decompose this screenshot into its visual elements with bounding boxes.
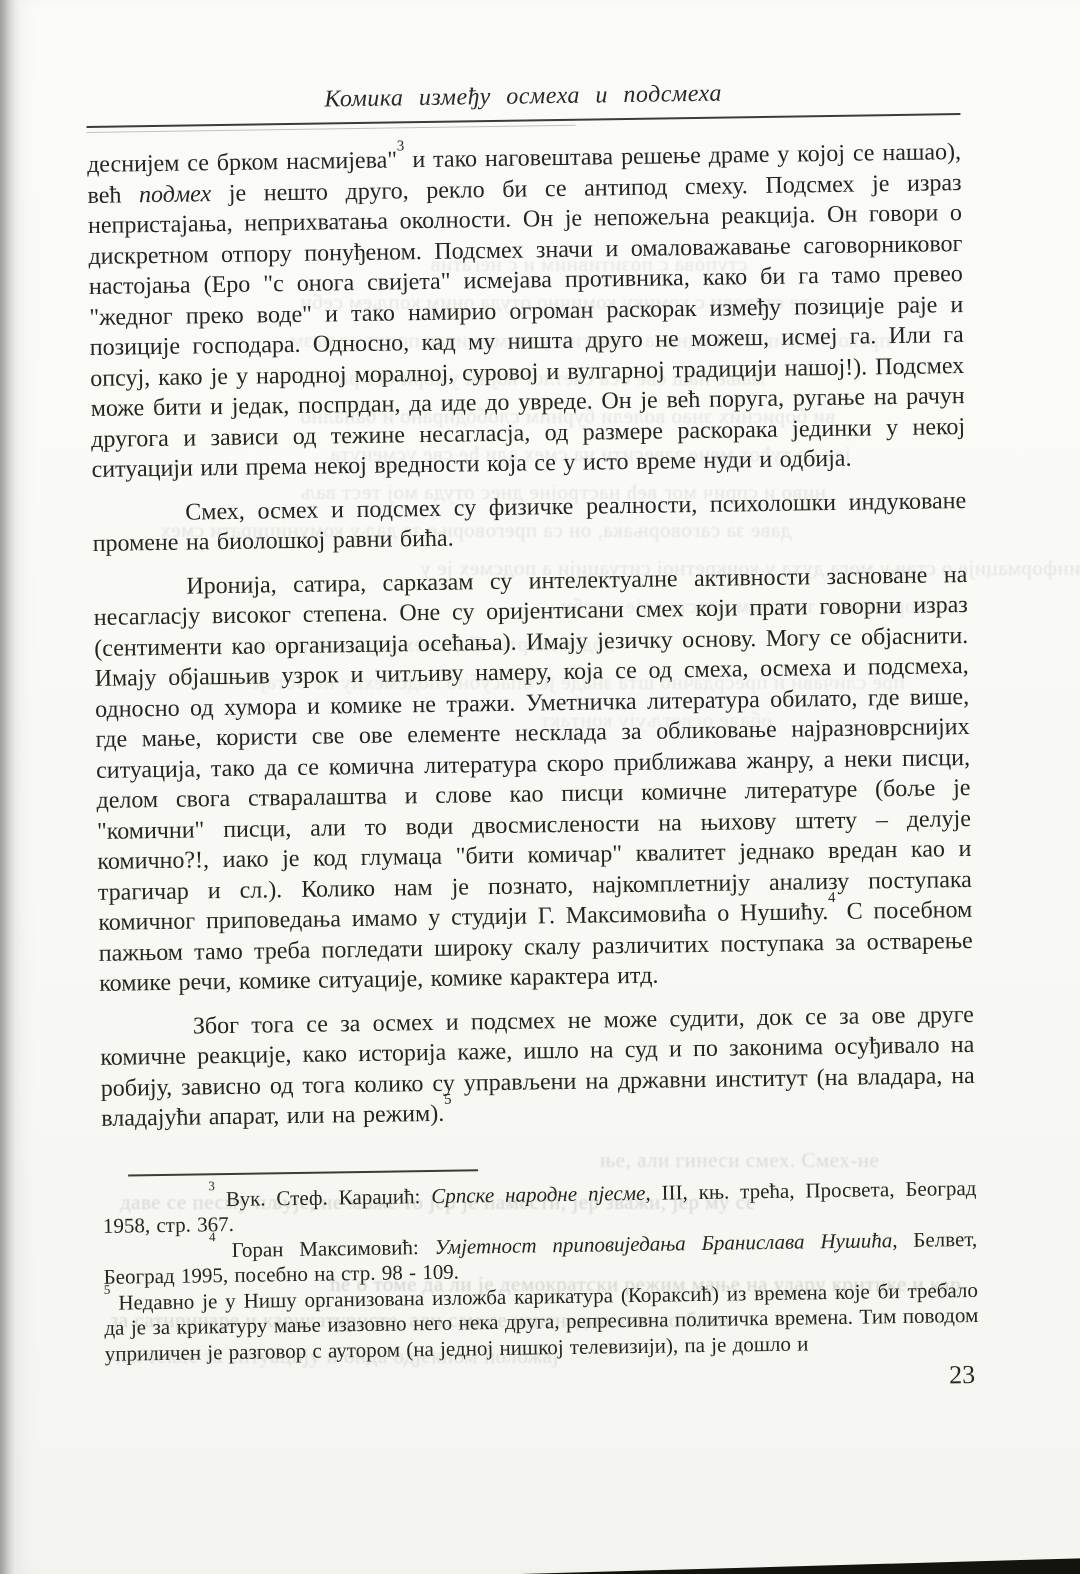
footnote-marker: 3 (397, 138, 405, 154)
body-text: деснијем се брком насмијева"3 и тако наг… (87, 137, 976, 1134)
text-run: Иронија, сатира, сарказам су интелектуал… (94, 561, 972, 935)
text-run: деснијем се брком насмијева" (87, 147, 397, 178)
footnotes-list: 3 Вук. Стеф. Караџић: Српске народне пје… (102, 1175, 979, 1366)
body-paragraph: деснијем се брком насмијева"3 и тако наг… (87, 137, 966, 485)
footnote-marker: 3 (208, 1179, 215, 1194)
text-run: Горан Максимовић: (216, 1234, 435, 1261)
text-run: Вук. Стеф. Караџић: (215, 1184, 432, 1211)
body-paragraph: Смех, осмех и подсмех су физичке реалнос… (92, 485, 967, 559)
footnote: 5 Недавно је у Нишу организована изложба… (104, 1277, 979, 1366)
page-content: Комика између осмеха и подсмеха деснијем… (86, 77, 979, 1403)
text-run: Због тога се за осмех и подсмех не може … (100, 1001, 975, 1131)
footnotes-section: 3 Вук. Стеф. Караџић: Српске народне пје… (102, 1161, 979, 1366)
footnote-marker: 4 (209, 1230, 216, 1245)
footnote-marker: 5 (104, 1282, 111, 1297)
footnote-marker: 5 (444, 1092, 452, 1108)
italic-text-run: подмех (139, 181, 212, 208)
text-run: Недавно је у Нишу организована изложба к… (104, 1277, 978, 1365)
body-paragraph: Због тога се за осмех и подсмех не може … (100, 999, 976, 1134)
scanned-document-page: ступова с позитивним и с негативове став… (0, 0, 1080, 1574)
body-paragraph: Иронија, сатира, сарказам су интелектуал… (93, 559, 973, 999)
italic-text-run: Српске народне пјесме (431, 1180, 646, 1207)
text-run: је нешто друго, рекло би се антипод смех… (88, 170, 965, 483)
footnote-marker: 4 (828, 890, 836, 906)
text-run: Смех, осмех и подсмех су физичке реалнос… (93, 487, 967, 556)
scan-edge-left (0, 0, 20, 1574)
header-rule (87, 113, 961, 128)
footnote-separator (128, 1169, 478, 1176)
